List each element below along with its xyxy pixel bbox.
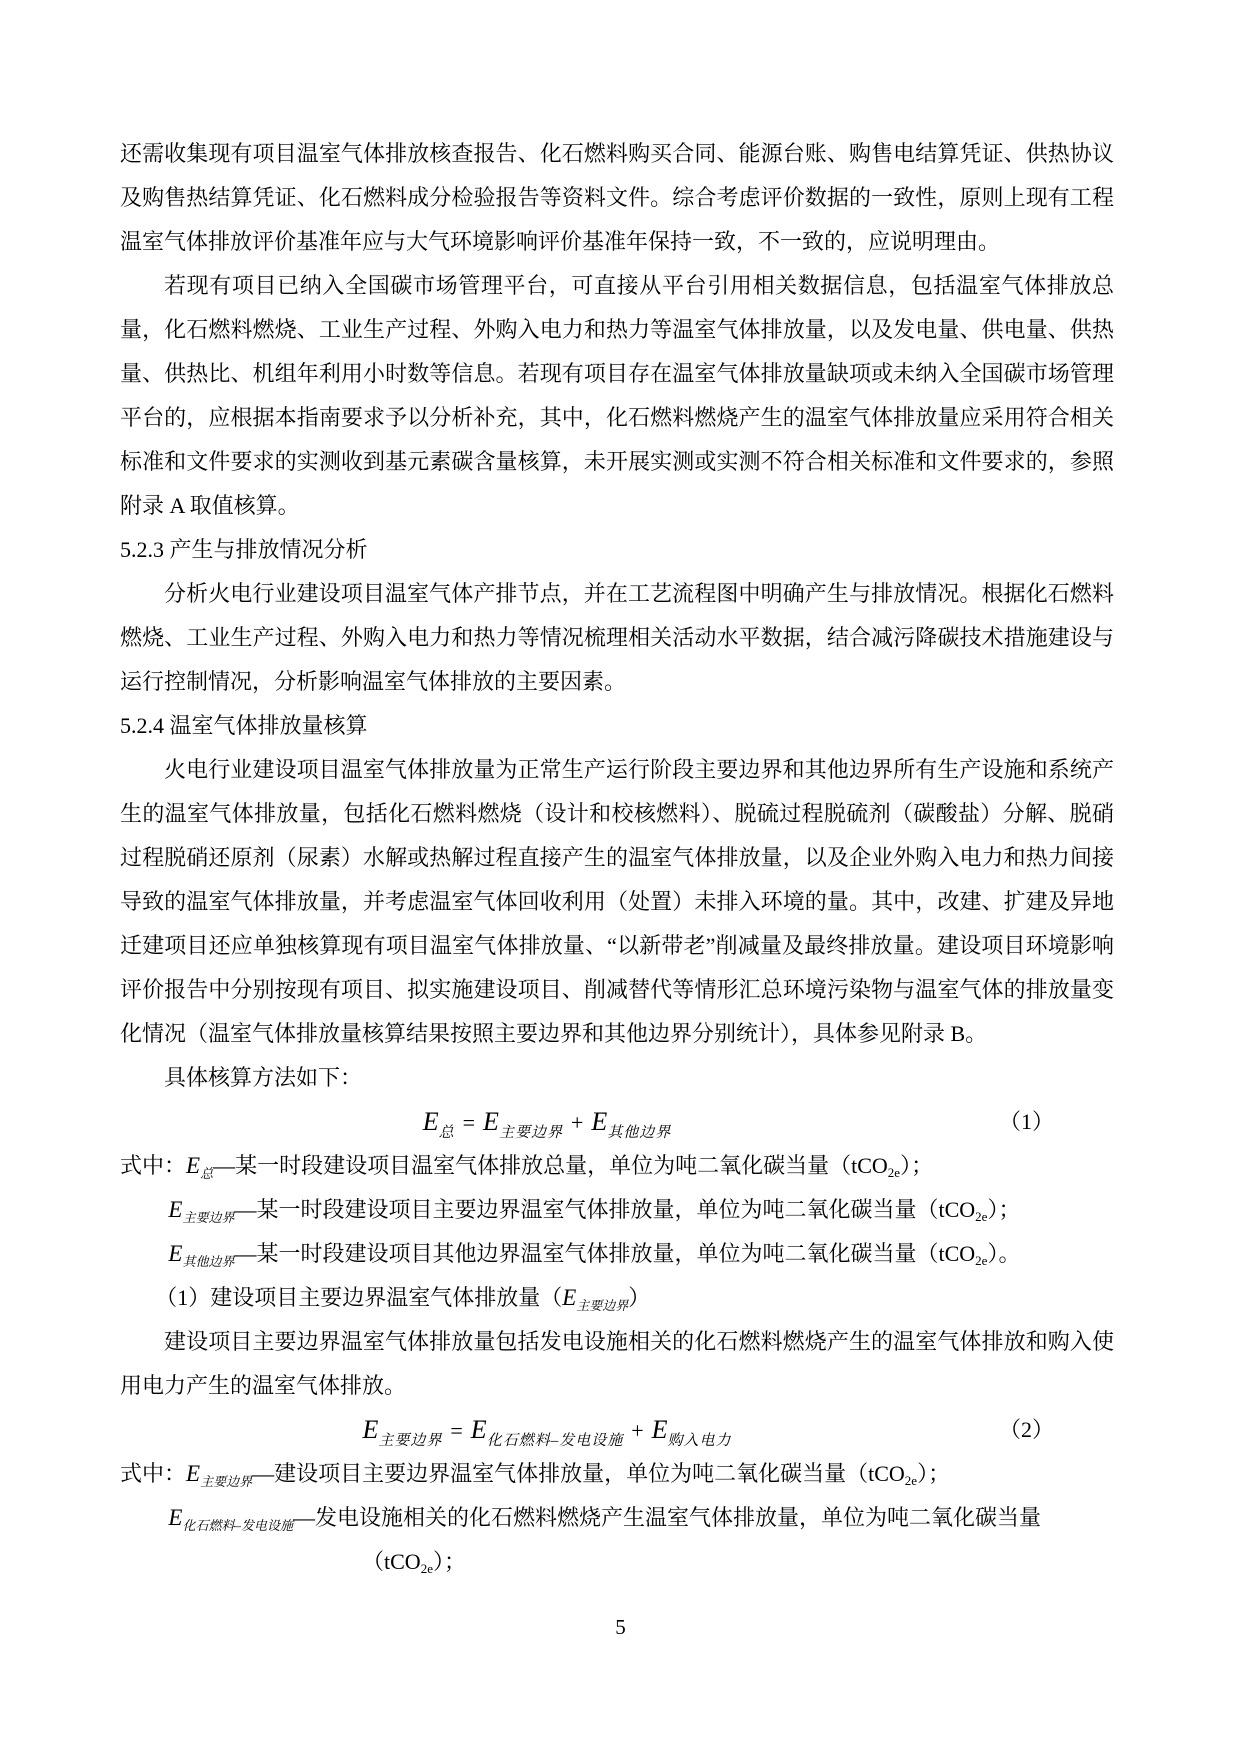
document-page: 还需收集现有项目温室气体排放核查报告、化石燃料购买合同、能源台账、购售电结算凭证…	[0, 0, 1241, 1755]
subsection-item-1: （1）建设项目主要边界温室气体排放量（E主要边界）	[120, 1276, 1114, 1320]
plus-operator: +	[631, 1418, 643, 1443]
math-symbol-e: E	[652, 1415, 668, 1444]
section-heading-5-2-4: 5.2.4 温室气体排放量核算	[120, 704, 1114, 748]
math-symbol-e: E	[186, 1153, 200, 1178]
math-subscript: 总	[200, 1166, 213, 1181]
definition-text: —某一时段建设项目温室气体排放总量，单位为吨二氧化碳当量（tCO	[213, 1153, 888, 1178]
definition-text: —发电设施相关的化石燃料燃烧产生温室气体排放量，单位为吨二氧化碳当量	[293, 1505, 1041, 1530]
math-symbol-e: E	[168, 1241, 182, 1266]
paragraph-carbon-market-platform: 若现有项目已纳入全国碳市场管理平台，可直接从平台引用相关数据信息，包括温室气体排…	[120, 264, 1114, 528]
paragraph-method-intro: 具体核算方法如下：	[120, 1056, 1114, 1100]
math-subscript: 主要边界	[576, 1298, 628, 1313]
definition-line-e-main-boundary-2: 式中：E主要边界—建设项目主要边界温室气体排放量，单位为吨二氧化碳当量（tCO2…	[120, 1452, 1114, 1496]
paragraph-data-collection: 还需收集现有项目温室气体排放核查报告、化石燃料购买合同、能源台账、购售电结算凭证…	[120, 132, 1114, 264]
math-subscript: 其他边界	[607, 1125, 671, 1141]
paragraph-accounting-scope: 火电行业建设项目温室气体排放量为正常生产运行阶段主要边界和其他边界所有生产设施和…	[120, 748, 1114, 1056]
definition-text: —某一时段建设项目主要边界温室气体排放量，单位为吨二氧化碳当量（tCO	[234, 1197, 975, 1222]
equation-2-row: E主要边界=E化石燃料–发电设施+E购入电力 （2）	[120, 1408, 1114, 1452]
definition-line-e-total: 式中：E总—某一时段建设项目温室气体排放总量，单位为吨二氧化碳当量（tCO2e）…	[120, 1144, 1114, 1188]
math-subscript: 主要边界	[182, 1210, 234, 1225]
equals-operator: =	[463, 1110, 475, 1135]
unit-text: （tCO	[362, 1549, 421, 1574]
subsection-text: （1）建设项目主要边界温室气体排放量（	[155, 1285, 562, 1310]
equation-1: E总=E主要边界+E其他边界	[423, 1100, 672, 1145]
equation-1-number: （1）	[999, 1100, 1054, 1144]
math-subscript: 主要边界	[200, 1474, 252, 1489]
equation-1-row: E总=E主要边界+E其他边界 （1）	[120, 1100, 1114, 1144]
definition-line-e-main-boundary: E主要边界—某一时段建设项目主要边界温室气体排放量，单位为吨二氧化碳当量（tCO…	[120, 1188, 1114, 1232]
math-subscript: 化石燃料–发电设施	[487, 1433, 624, 1449]
math-subscript: 主要边界	[378, 1433, 442, 1449]
definition-prefix: 式中：	[120, 1461, 186, 1486]
definition-text: —某一时段建设项目其他边界温室气体排放量，单位为吨二氧化碳当量（tCO	[234, 1241, 975, 1266]
math-symbol-e: E	[562, 1285, 576, 1310]
math-symbol-e: E	[591, 1107, 607, 1136]
math-subscript: 购入电力	[668, 1433, 732, 1449]
definition-line-e-other-boundary: E其他边界—某一时段建设项目其他边界温室气体排放量，单位为吨二氧化碳当量（tCO…	[120, 1232, 1114, 1276]
unit-punctuation: ）；	[433, 1549, 466, 1574]
math-subscript: 其他边界	[182, 1254, 234, 1269]
definition-punctuation: ）；	[900, 1153, 933, 1178]
definition-prefix: 式中：	[120, 1153, 186, 1178]
unit-subscript: 2e	[888, 1165, 900, 1180]
definition-punctuation: ）。	[987, 1241, 1020, 1266]
section-heading-5-2-3: 5.2.3 产生与排放情况分析	[120, 528, 1114, 572]
math-symbol-e: E	[471, 1415, 487, 1444]
page-content: 还需收集现有项目温室气体排放核查报告、化石燃料购买合同、能源台账、购售电结算凭证…	[120, 132, 1114, 1584]
plus-operator: +	[571, 1110, 583, 1135]
definition-punctuation: ）；	[917, 1461, 950, 1486]
page-number: 5	[0, 1612, 1241, 1642]
equation-2: E主要边界=E化石燃料–发电设施+E购入电力	[362, 1408, 731, 1453]
definition-text: —建设项目主要边界温室气体排放量，单位为吨二氧化碳当量（tCO	[252, 1461, 905, 1486]
math-subscript: 主要边界	[499, 1125, 563, 1141]
definition-punctuation: ）；	[987, 1197, 1020, 1222]
unit-subscript: 2e	[421, 1561, 433, 1576]
math-symbol-e: E	[168, 1197, 182, 1222]
definition-line-e-fossil-fuel: E化石燃料–发电设施—发电设施相关的化石燃料燃烧产生温室气体排放量，单位为吨二氧…	[120, 1496, 1114, 1540]
paragraph-main-boundary-desc: 建设项目主要边界温室气体排放量包括发电设施相关的化石燃料燃烧产生的温室气体排放和…	[120, 1320, 1114, 1408]
unit-subscript: 2e	[905, 1473, 917, 1488]
equation-2-number: （2）	[999, 1408, 1054, 1452]
math-symbol-e: E	[168, 1505, 182, 1530]
paragraph-emission-analysis: 分析火电行业建设项目温室气体产排节点，并在工艺流程图中明确产生与排放情况。根据化…	[120, 572, 1114, 704]
unit-subscript: 2e	[975, 1209, 987, 1224]
math-symbol-e: E	[483, 1107, 499, 1136]
definition-unit-wrap-line: （tCO2e）；	[120, 1540, 1114, 1584]
unit-subscript: 2e	[975, 1253, 987, 1268]
math-symbol-e: E	[362, 1415, 378, 1444]
equals-operator: =	[450, 1418, 462, 1443]
math-symbol-e: E	[186, 1461, 200, 1486]
math-subscript: 化石燃料–发电设施	[182, 1518, 293, 1533]
math-symbol-e: E	[423, 1107, 439, 1136]
subsection-punctuation: ）	[628, 1285, 650, 1310]
math-subscript: 总	[439, 1125, 455, 1141]
